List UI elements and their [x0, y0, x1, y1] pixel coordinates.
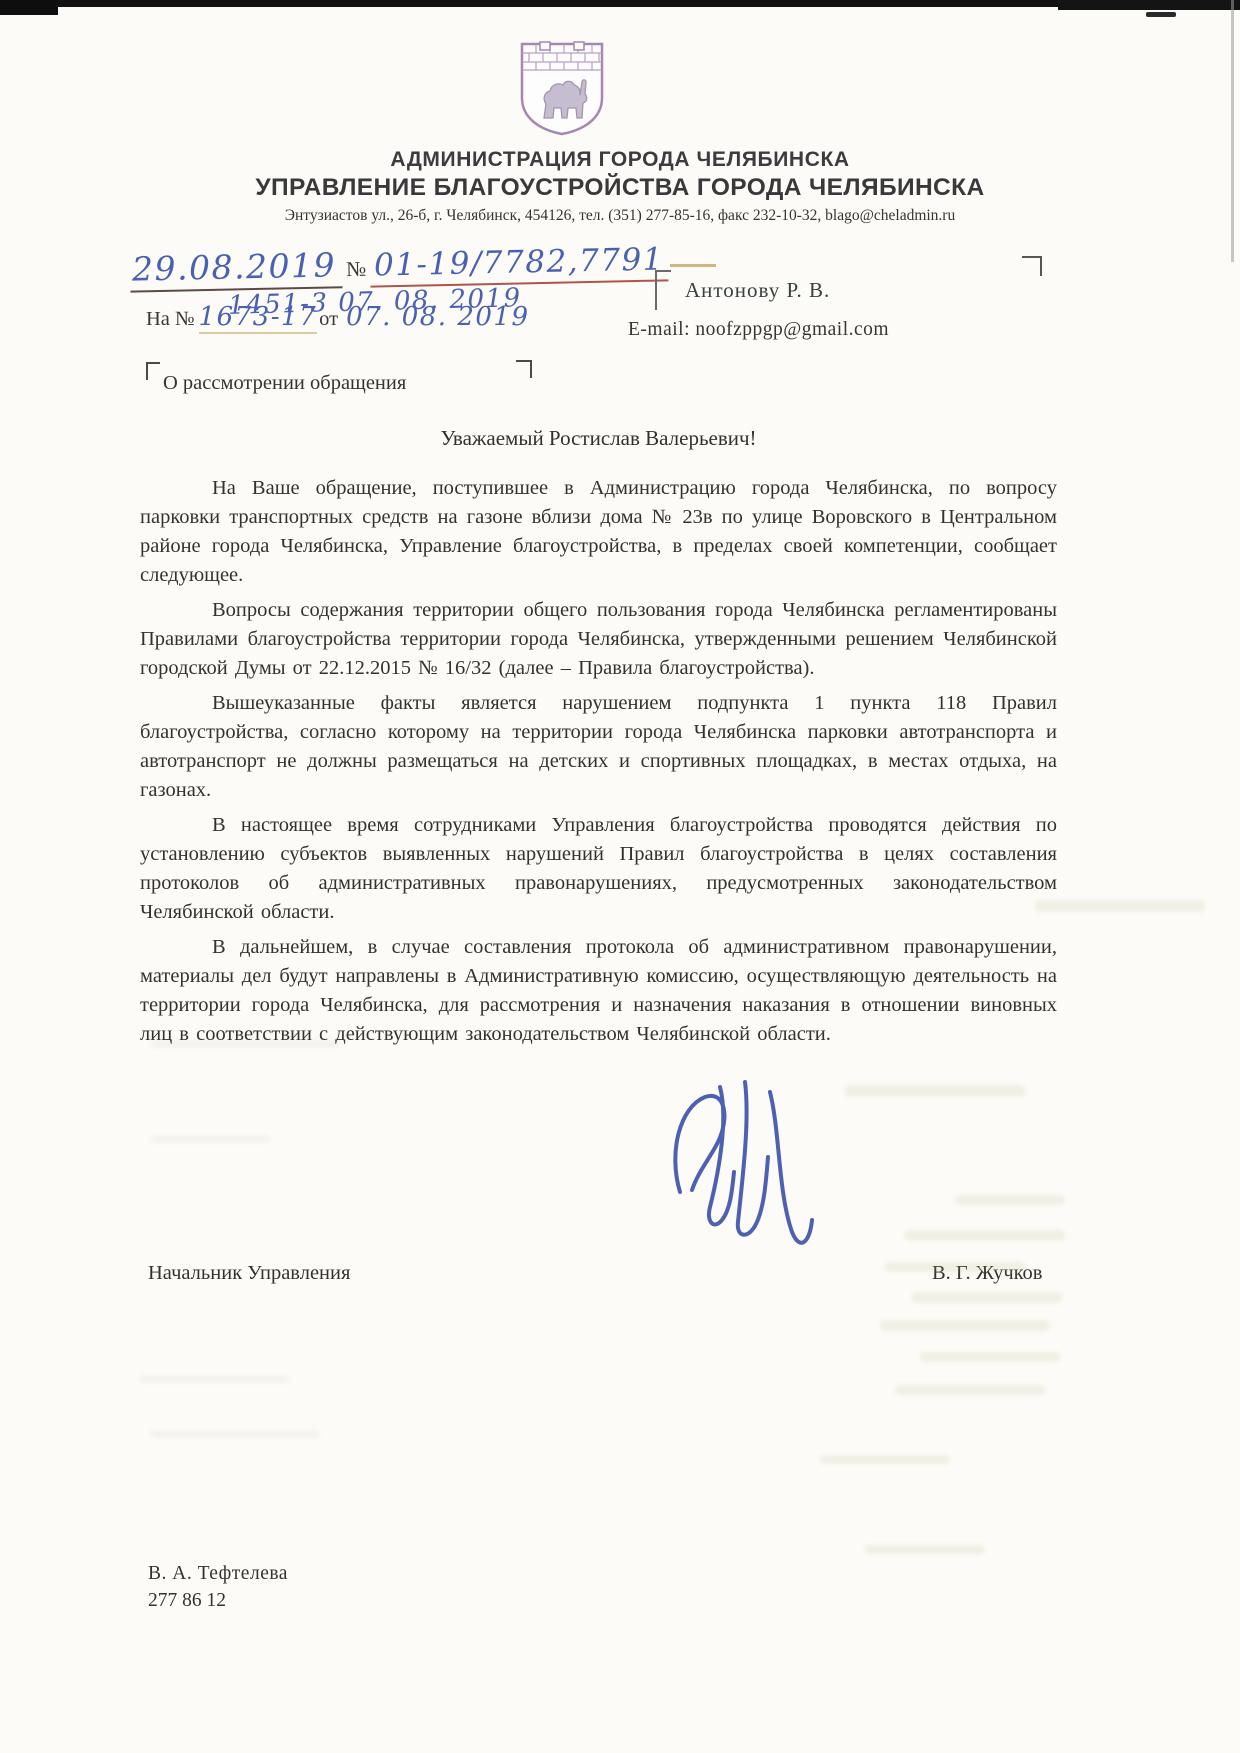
body-paragraph: В дальнейшем, в случае составления прото… [140, 933, 1057, 1049]
scan-artifact [845, 1085, 1025, 1097]
scan-artifact [895, 1385, 1045, 1395]
chelyabinsk-coat-of-arms-icon [516, 40, 608, 138]
scan-artifact [865, 1545, 985, 1554]
address-zone-corner-bracket [1022, 256, 1042, 276]
scan-artifact [150, 1430, 320, 1438]
recipient-corner-bracket [655, 270, 671, 310]
scan-artifact [140, 1375, 290, 1383]
handwritten-signature [650, 1072, 860, 1267]
body-paragraph: Вопросы содержания территории общего пол… [140, 596, 1057, 683]
scanned-letter-page: АДМИНИСТРАЦИЯ ГОРОДА ЧЕЛЯБИНСКА УПРАВЛЕН… [0, 0, 1240, 1753]
org-name-line2: УПРАВЛЕНИЕ БЛАГОУСТРОЙСТВА ГОРОДА ЧЕЛЯБИ… [0, 174, 1240, 202]
reply-ref-from: от [319, 308, 338, 330]
subject-line: О рассмотрении обращения [163, 372, 406, 395]
subject-corner-bracket-left [146, 362, 160, 380]
scan-artifact [150, 1135, 270, 1143]
scan-artifact [1035, 900, 1205, 912]
body-paragraph: На Ваше обращение, поступившее в Админис… [140, 474, 1057, 590]
outgoing-number-handwritten: 01-19/7782,7791 [370, 241, 669, 287]
org-address-line: Энтузиастов ул., 26-б, г. Челябинск, 454… [0, 207, 1240, 225]
greeting-line: Уважаемый Ростислав Валерьевич! [140, 426, 1057, 451]
number-sign: № [342, 257, 371, 282]
scan-artifact [955, 1195, 1065, 1205]
scan-edge-artifact [1146, 12, 1176, 17]
letter-body: На Ваше обращение, поступившее в Админис… [140, 474, 1057, 1055]
body-paragraph: Вышеуказанные факты является нарушением … [140, 689, 1057, 805]
scan-artifact [885, 1262, 1025, 1272]
org-name-line1: АДМИНИСТРАЦИЯ ГОРОДА ЧЕЛЯБИНСКА [0, 148, 1240, 172]
incoming-date-handwritten: 07. 08. 2019 [346, 302, 529, 332]
recipient-email: E-mail: noofzppgp@gmail.com [628, 319, 889, 341]
body-paragraph: В настоящее время сотрудниками Управлени… [140, 811, 1057, 927]
outgoing-reference-line: 29.08.2019№01-19/7782,7791 [130, 238, 669, 288]
reply-ref-prefix: На № [146, 308, 195, 330]
scan-edge-artifact [1058, 0, 1240, 10]
scan-artifact [912, 1292, 1062, 1303]
executor-name: В. А. Тефтелева [148, 1563, 288, 1585]
scan-edge-artifact [0, 0, 58, 15]
recipient-name: Антонову Р. В. [685, 278, 830, 303]
scan-artifact [920, 1352, 1060, 1362]
outgoing-date-handwritten: 29.08.2019 [130, 245, 343, 292]
executor-phone: 277 86 12 [148, 1590, 226, 1612]
scan-mark [670, 264, 716, 267]
scan-artifact [820, 1455, 950, 1464]
subject-corner-bracket-right [516, 360, 532, 378]
signer-position: Начальник Управления [148, 1262, 350, 1285]
incoming-reference-line: На №1673-17от07. 08. 2019 [146, 302, 530, 332]
scan-edge-artifact [0, 0, 1240, 7]
incoming-number-handwritten: 1673-17 [199, 302, 318, 334]
scan-artifact [905, 1230, 1065, 1241]
scan-artifact [880, 1320, 1050, 1331]
scan-artifact [150, 1040, 340, 1048]
